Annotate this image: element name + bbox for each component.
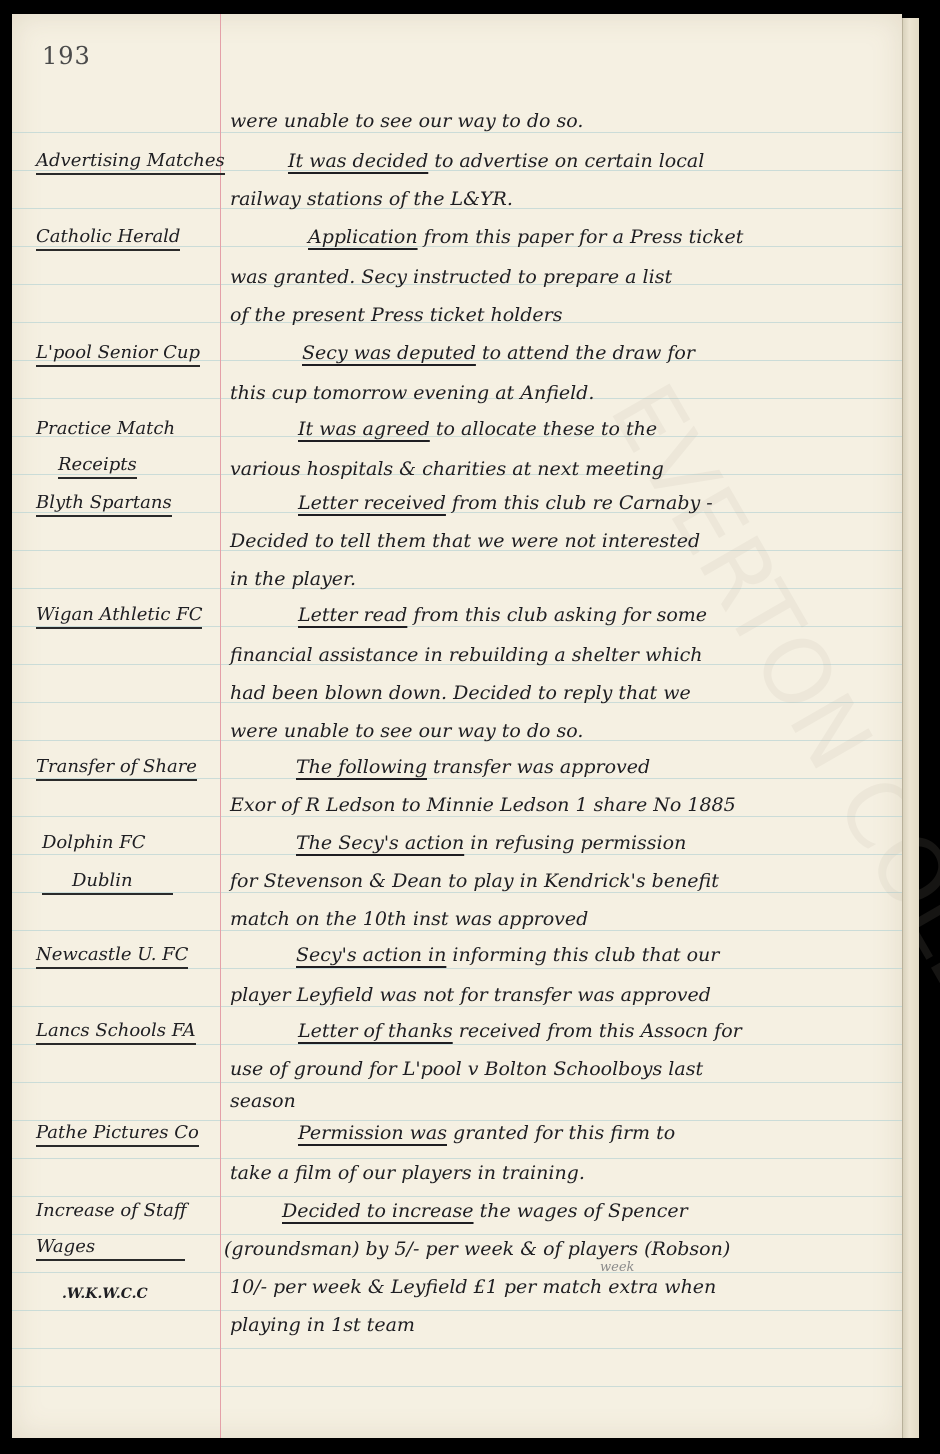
margin-heading-line2: Dublin xyxy=(42,870,173,895)
entry-line: playing in 1st team xyxy=(230,1314,415,1336)
ledger-page: EVERTON COLLECTION 193 were unable to se… xyxy=(12,14,902,1438)
entry-line: were unable to see our way to do so. xyxy=(230,110,583,132)
margin-heading: Wigan Athletic FC xyxy=(36,604,202,629)
page-number: 193 xyxy=(42,42,91,70)
entry-line: Permission was granted for this firm to xyxy=(298,1122,675,1144)
entry-line: Letter of thanks received from this Asso… xyxy=(298,1020,742,1042)
margin-heading: Practice Match xyxy=(36,418,175,439)
margin-heading: L'pool Senior Cup xyxy=(36,342,200,367)
entry-line: were unable to see our way to do so. xyxy=(230,720,583,742)
initials-annotation: .W.K.W.C.C xyxy=(62,1286,148,1302)
margin-heading: Dolphin FC xyxy=(42,832,145,853)
entry-line: It was decided to advertise on certain l… xyxy=(288,150,704,172)
entry-line: The following transfer was approved xyxy=(296,756,650,778)
entry-lead: It was decided xyxy=(288,150,428,172)
page-edge xyxy=(902,18,919,1438)
entry-line: Letter read from this club asking for so… xyxy=(298,604,707,626)
margin-heading-line2: Wages xyxy=(36,1236,185,1261)
entry-line: in the player. xyxy=(230,568,356,590)
entry-line: Exor of R Ledson to Minnie Ledson 1 shar… xyxy=(230,794,736,816)
entry-line: use of ground for L'pool v Bolton School… xyxy=(230,1058,703,1080)
entry-line: Secy's action in informing this club tha… xyxy=(296,944,719,966)
entry-line: for Stevenson & Dean to play in Kendrick… xyxy=(230,870,719,892)
margin-heading: Blyth Spartans xyxy=(36,492,172,517)
margin-heading: Pathe Pictures Co xyxy=(36,1122,199,1147)
margin-heading: Increase of Staff xyxy=(36,1200,187,1221)
entry-line: this cup tomorrow evening at Anfield. xyxy=(230,382,594,404)
entry-line: (groundsman) by 5/- per week & of player… xyxy=(224,1238,730,1260)
entry-line: was granted. Secy instructed to prepare … xyxy=(230,266,672,288)
entry-line: take a film of our players in training. xyxy=(230,1162,585,1184)
entry-line: financial assistance in rebuilding a she… xyxy=(230,644,702,666)
margin-heading: Lancs Schools FA xyxy=(36,1020,196,1045)
entry-line: The Secy's action in refusing permission xyxy=(296,832,686,854)
entry-line: of the present Press ticket holders xyxy=(230,304,563,326)
pencil-correction: week xyxy=(600,1260,634,1275)
entry-line: player Leyfield was not for transfer was… xyxy=(230,984,711,1006)
margin-heading: Catholic Herald xyxy=(36,226,180,251)
entry-line: It was agreed to allocate these to the xyxy=(298,418,657,440)
entry-line: various hospitals & charities at next me… xyxy=(230,458,664,480)
entry-line: Letter received from this club re Carnab… xyxy=(298,492,713,514)
entry-line: had been blown down. Decided to reply th… xyxy=(230,682,691,704)
entry-line: Secy was deputed to attend the draw for xyxy=(302,342,695,364)
entry-line: railway stations of the L&YR. xyxy=(230,188,513,210)
margin-heading: Transfer of Share xyxy=(36,756,197,781)
entry-line: match on the 10th inst was approved xyxy=(230,908,588,930)
entry-line: Decided to tell them that we were not in… xyxy=(230,530,700,552)
entry-line: Application from this paper for a Press … xyxy=(308,226,743,248)
margin-heading-line2: Receipts xyxy=(58,454,137,479)
entry-line: Decided to increase the wages of Spencer xyxy=(282,1200,688,1222)
entry-line: season xyxy=(230,1090,296,1112)
margin-heading: Advertising Matches xyxy=(36,150,225,175)
entry-line: 10/- per week & Leyfield £1 per match ex… xyxy=(230,1276,716,1298)
margin-heading: Newcastle U. FC xyxy=(36,944,188,969)
margin-rule xyxy=(220,14,221,1438)
